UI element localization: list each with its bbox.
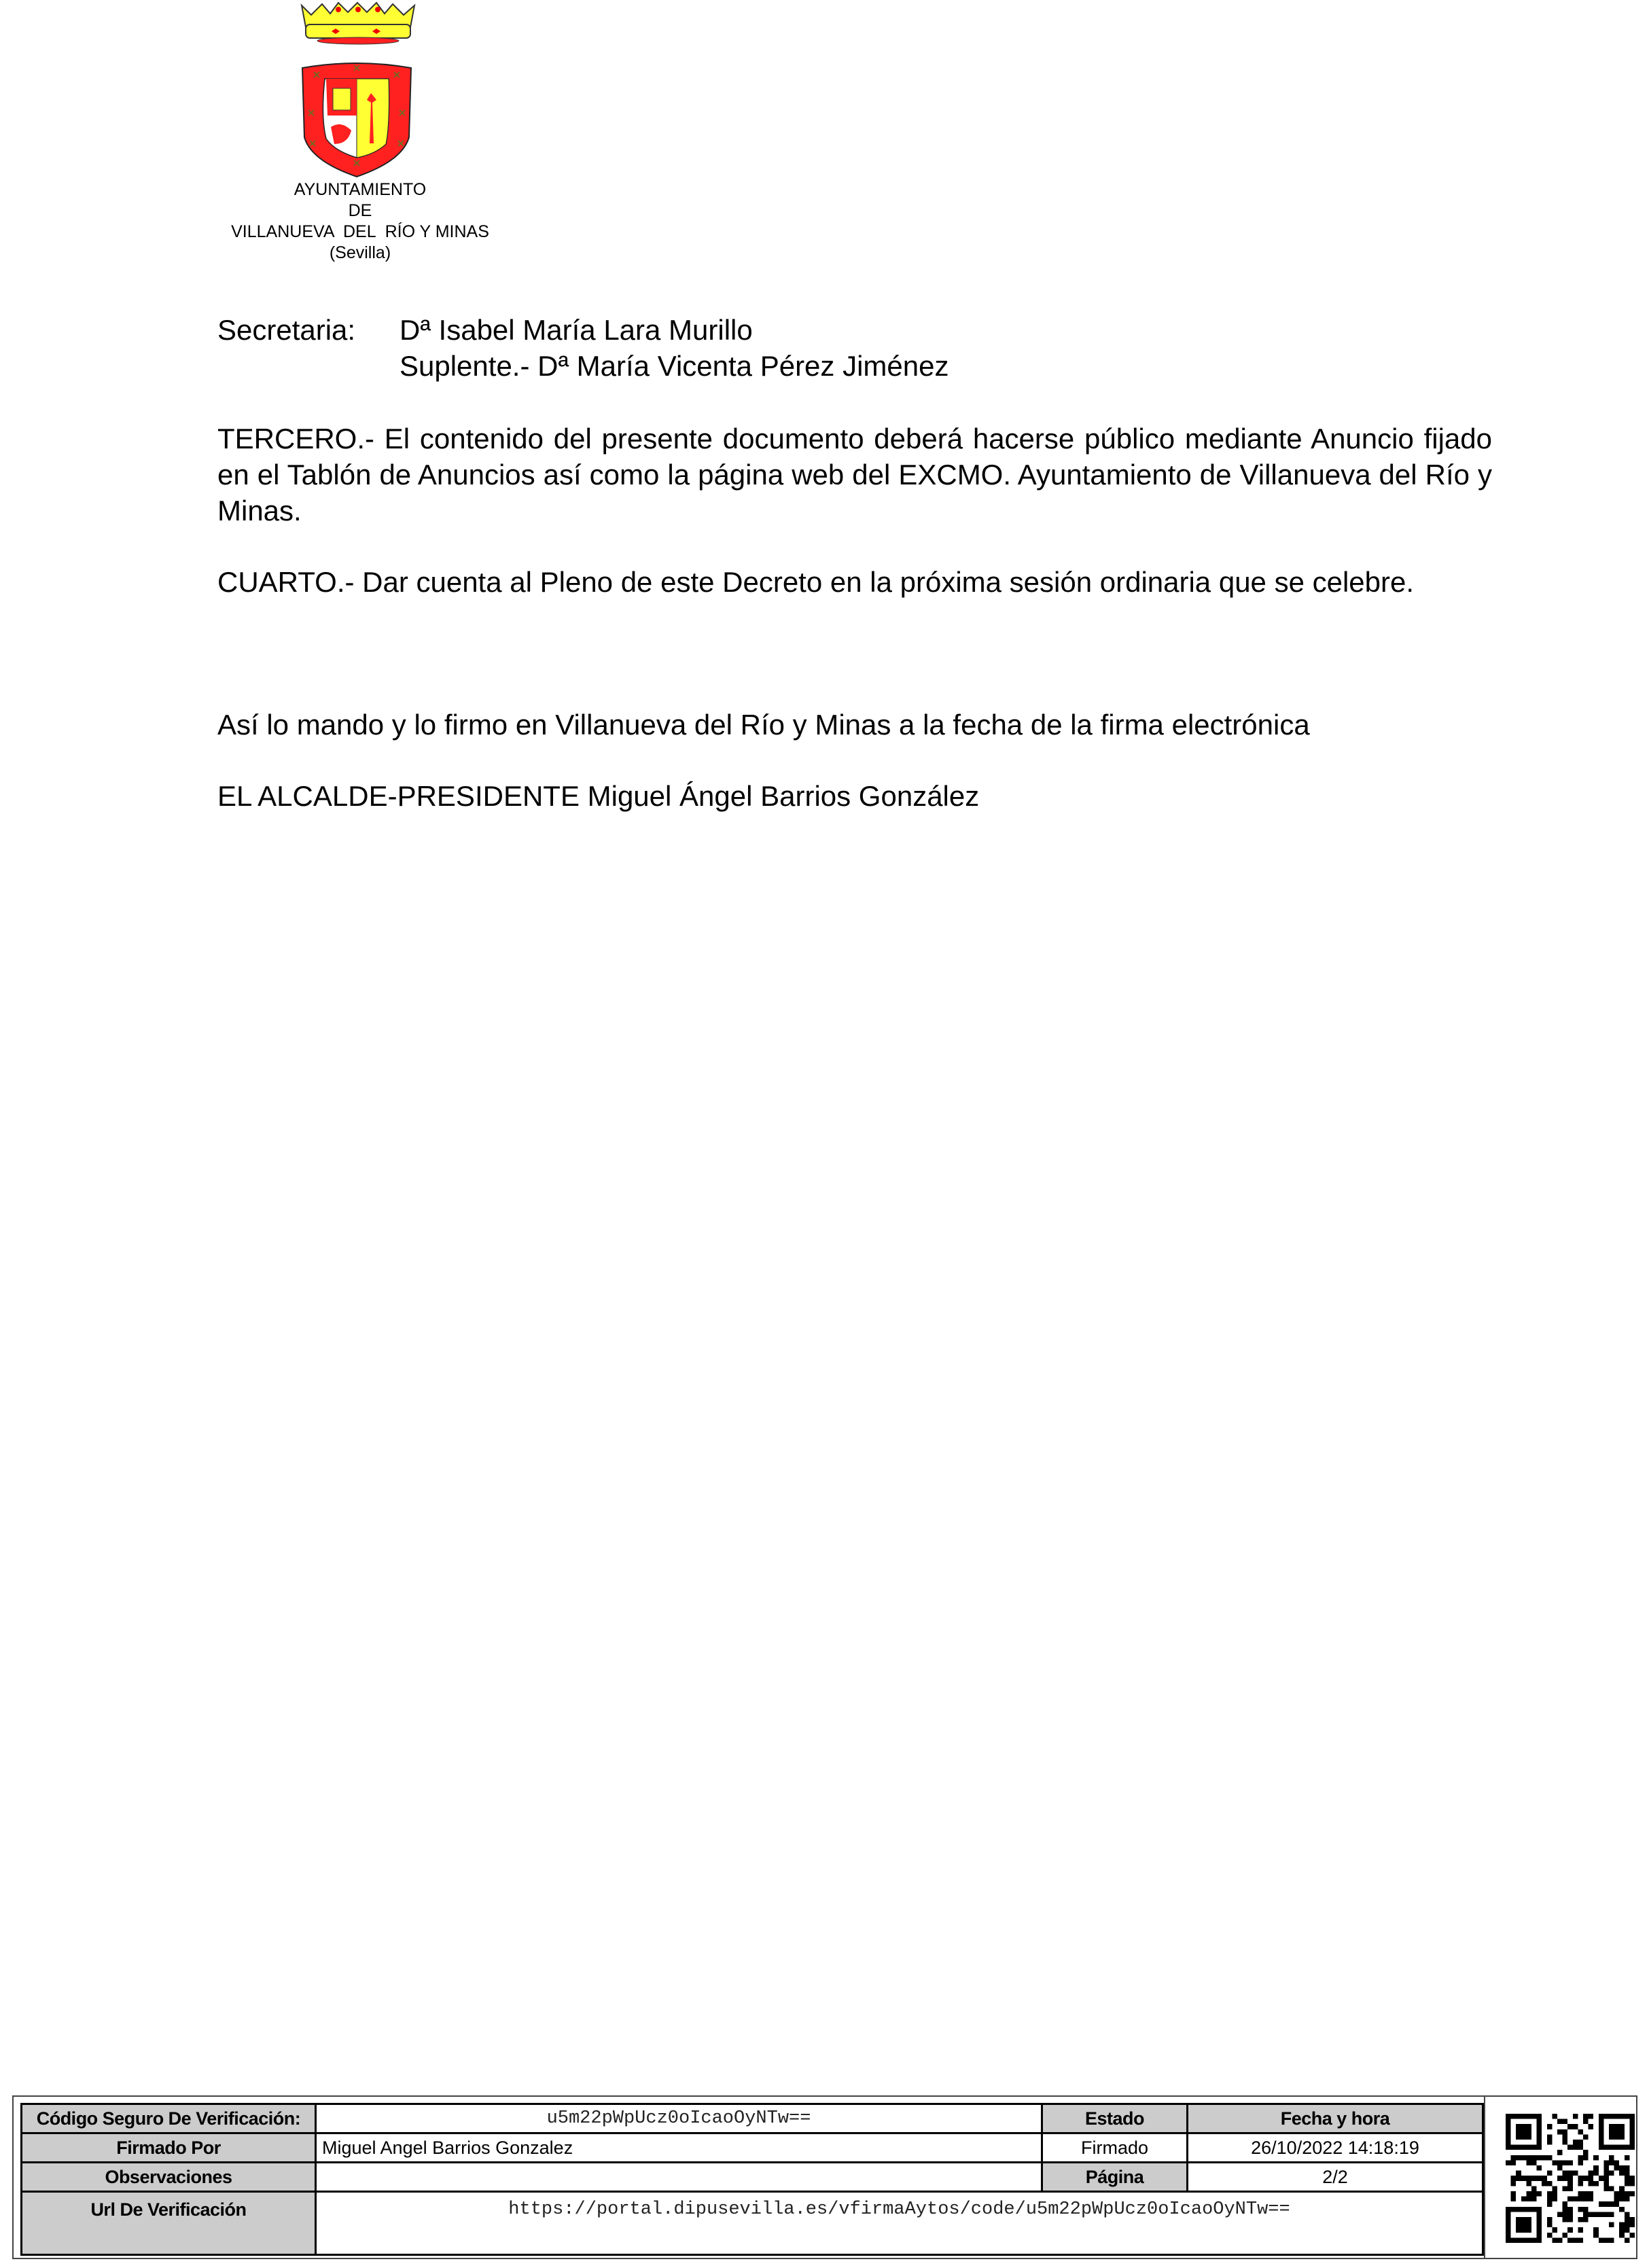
paragraph-tercero: TERCERO.- El contenido del presente docu… — [217, 421, 1492, 529]
observaciones-value — [316, 2163, 1042, 2192]
firmado-por-value: Miguel Angel Barrios Gonzalez — [316, 2133, 1042, 2163]
shield-icon — [300, 63, 413, 178]
municipality-name: AYUNTAMIENTO DE VILLANUEVA DEL RÍO Y MIN… — [204, 179, 516, 264]
observaciones-label: Observaciones — [22, 2163, 316, 2192]
estado-value: Firmado — [1042, 2133, 1188, 2163]
csv-label: Código Seguro De Verificación: — [22, 2104, 316, 2133]
verification-footer: Código Seguro De Verificación: u5m22pWpU… — [12, 2095, 1637, 2259]
closing-line: Así lo mando y lo firmo en Villanueva de… — [217, 707, 1492, 743]
verification-table: Código Seguro De Verificación: u5m22pWpU… — [20, 2103, 1484, 2256]
signature-line: EL ALCALDE-PRESIDENTE Miguel Ángel Barri… — [217, 778, 1492, 814]
crown-icon — [298, 0, 419, 45]
fecha-value: 26/10/2022 14:18:19 — [1188, 2133, 1483, 2163]
secretaria-substitute: Suplente.- Dª María Vicenta Pérez Jiméne… — [400, 350, 948, 383]
qr-container — [1484, 2097, 1639, 2258]
url-label: Url De Verificación — [22, 2192, 316, 2255]
qr-code-icon[interactable] — [1506, 2110, 1635, 2246]
pagina-label: Página — [1042, 2163, 1188, 2192]
url-value[interactable]: https://portal.dipusevilla.es/vfirmaAyto… — [316, 2192, 1483, 2255]
csv-value: u5m22pWpUcz0oIcaoOyNTw== — [316, 2104, 1042, 2133]
secretaria-label: Secretaria: — [217, 314, 355, 347]
paragraph-cuarto: CUARTO.- Dar cuenta al Pleno de este Dec… — [217, 564, 1492, 600]
secretaria-name: Dª Isabel María Lara Murillo — [400, 314, 753, 347]
pagina-value: 2/2 — [1188, 2163, 1483, 2192]
fecha-label: Fecha y hora — [1188, 2104, 1483, 2133]
estado-label: Estado — [1042, 2104, 1188, 2133]
firmado-por-label: Firmado Por — [22, 2133, 316, 2163]
